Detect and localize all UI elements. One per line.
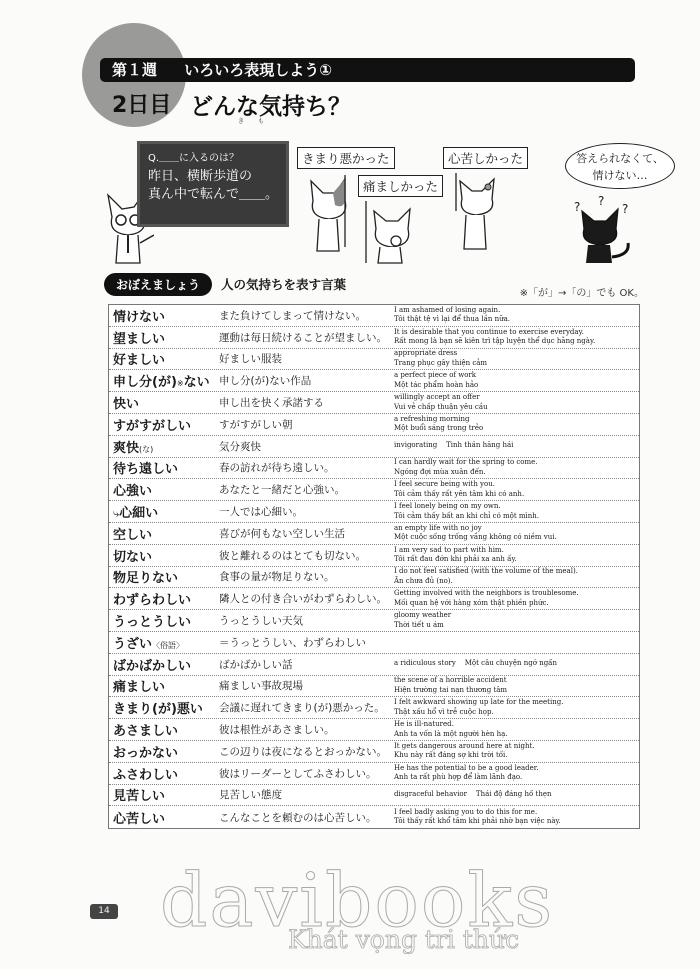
table-row: きまり(が)悪い 会議に遅れてきまり(が)悪かった。 I felt awkwar… <box>109 697 639 719</box>
svg-text:?: ? <box>622 202 628 216</box>
vocab-word: ⤷心細い <box>109 502 219 521</box>
vocab-translation: I do not feel satisfied (with the volume… <box>394 567 639 586</box>
translation-vi: Hiện trường tai nạn thương tâm <box>394 686 639 696</box>
vocab-word: ふさわしい <box>109 764 219 783</box>
table-row: 切ない 彼と離れるのはとても切ない。 I am very sad to part… <box>109 545 639 567</box>
vocab-example: 気分爽快 <box>219 439 394 454</box>
vocab-word: 見苦しい <box>109 785 219 804</box>
translation-en: disgraceful behavior <box>394 790 467 800</box>
svg-text:?: ? <box>598 195 604 208</box>
vocab-word: 申し分(が)※ない <box>109 371 219 390</box>
translation-vi: Một cuộc sống trống vắng không có niềm v… <box>394 533 639 543</box>
vocab-translation: a ridiculous story Một câu chuyện ngớ ng… <box>394 659 639 669</box>
translation-en: I am ashamed of losing again. <box>394 306 639 316</box>
section-note: ※「が」→「の」でも OK。 <box>520 284 644 299</box>
vocab-translation: He is ill-natured.Anh ta vốn là một ngườ… <box>394 720 639 739</box>
vocab-example: 申し分(が)ない作品 <box>219 373 394 388</box>
translation-en: the scene of a horrible accident <box>394 676 639 686</box>
vocab-word-note: 〈俗語〉 <box>152 641 184 650</box>
translation-vi: Thời tiết u ám <box>394 621 639 631</box>
translation-vi: Mối quan hệ với hàng xóm thật phiền phức… <box>394 599 639 609</box>
translation-vi: Tinh thần hăng hái <box>446 441 513 451</box>
table-row: ばかばかしい ばかばかしい話 a ridiculous story Một câ… <box>109 654 639 676</box>
vocab-translation: willingly accept an offerVui vẻ chấp thu… <box>394 393 639 412</box>
vocab-translation: I feel lonely being on my own.Tôi cảm th… <box>394 502 639 521</box>
vocab-example: ばかばかしい話 <box>219 657 394 672</box>
vocab-translation: Getting involved with the neighbors is t… <box>394 589 639 608</box>
vocab-word-tail: ない <box>184 375 210 390</box>
table-row: 心苦しい こんなことを頼むのは心苦しい。 I feel badly asking… <box>109 806 639 828</box>
bow-cat-icon <box>452 173 500 253</box>
week-header-bar: 第１週 いろいろ表現しよう① <box>100 58 635 82</box>
vocab-translation: a perfect piece of workMột tác phẩm hoàn… <box>394 371 639 390</box>
vocab-example: こんなことを頼むのは心苦しい。 <box>219 810 394 825</box>
translation-vi: Ngóng đợi mùa xuân đến. <box>394 468 639 478</box>
section-header: おぼえましょう 人の気持ちを表す言葉 ※「が」→「の」でも OK。 <box>104 272 644 296</box>
vocab-translation: a refreshing morningMột buổi sáng trong … <box>394 415 639 434</box>
translation-en: I am very sad to part with him. <box>394 546 639 556</box>
translation-vi: Vui vẻ chấp thuận yêu cầu <box>394 403 639 413</box>
board-line-2: 真ん中で転んで＿＿。 <box>148 186 278 204</box>
translation-en: It gets dangerous around here at night. <box>394 742 639 752</box>
vocab-example: 見苦しい態度 <box>219 787 394 802</box>
translation-en: appropriate dress <box>394 349 639 359</box>
vocab-translation: He has the potential to be a good leader… <box>394 764 639 783</box>
vocab-example: この辺りは夜になるとおっかない。 <box>219 744 394 759</box>
vocab-translation: disgraceful behavior Thái độ đáng hổ thẹ… <box>394 790 639 800</box>
speech-bubble: 答えられなくて、 情けない… <box>565 143 675 189</box>
translation-vi: Một tác phẩm hoàn hảo <box>394 381 639 391</box>
translation-en: He has the potential to be a good leader… <box>394 764 639 774</box>
black-cat-icon: ? ? ? <box>570 195 640 265</box>
translation-en: a perfect piece of work <box>394 371 639 381</box>
table-row: すがすがしい すがすがしい朝 a refreshing morningMột b… <box>109 414 639 436</box>
vocab-word-note: ※ <box>177 379 184 388</box>
translation-en: It is desirable that you continue to exe… <box>394 328 639 338</box>
vocab-example: 彼と離れるのはとても切ない。 <box>219 548 394 563</box>
vocab-word: うっとうしい <box>109 611 219 630</box>
translation-en: an empty life with no joy <box>394 524 639 534</box>
page-number: 14 <box>90 904 118 919</box>
illustration: Q.＿＿に入るのは？ 昨日、横断歩道の 真ん中で転んで＿＿。 きまり悪かった 痛… <box>100 135 650 265</box>
sign-kokorogurushikatta: 心苦しかった <box>443 147 528 169</box>
translation-vi: Khu này rất đáng sợ khi trời tối. <box>394 751 639 761</box>
vocab-example: 彼は根性があさましい。 <box>219 722 394 737</box>
translation-en: I do not feel satisfied (with the volume… <box>394 567 639 577</box>
translation-vi: Tôi cảm thấy bất an khi chỉ có một mình. <box>394 512 639 522</box>
translation-vi: Một câu chuyện ngớ ngẩn <box>465 659 557 669</box>
translation-en: I feel secure being with you. <box>394 480 639 490</box>
vocab-translation: gloomy weatherThời tiết u ám <box>394 611 639 630</box>
translation-en: I can hardly wait for the spring to come… <box>394 458 639 468</box>
vocab-word: おっかない <box>109 742 219 761</box>
vocab-word: ばかばかしい <box>109 655 219 674</box>
table-row: 爽快(な) 気分爽快 invigorating Tinh thần hăng h… <box>109 436 639 458</box>
vocab-word: 物足りない <box>109 567 219 586</box>
translation-vi: Tôi rất đau đớn khi phải xa anh ấy. <box>394 555 639 565</box>
translation-vi: Tôi cảm thấy rất yên tâm khi có anh. <box>394 490 639 500</box>
page-title: どんな気持ち？ き も <box>190 88 351 121</box>
board-line-1: 昨日、横断歩道の <box>148 168 278 186</box>
day-heading: 2日目 どんな気持ち？ き も <box>112 88 351 122</box>
translation-vi: Thật xấu hổ vì trễ cuộc họp. <box>394 708 639 718</box>
translation-vi: Ăn chưa đủ (no). <box>394 577 639 587</box>
table-row: うっとうしい うっとうしい天気 gloomy weatherThời tiết … <box>109 610 639 632</box>
vocab-example: 会議に遅れてきまり(が)悪かった。 <box>219 700 394 715</box>
vocab-word-note: (な) <box>139 445 153 454</box>
vocab-translation: I can hardly wait for the spring to come… <box>394 458 639 477</box>
vocab-word: あさましい <box>109 720 219 739</box>
translation-en: I felt awkward showing up late for the m… <box>394 698 639 708</box>
svg-text:?: ? <box>574 200 580 214</box>
vocab-word: 心強い <box>109 480 219 499</box>
table-row: 快い 申し出を快く承諾する willingly accept an offerV… <box>109 392 639 414</box>
vocab-word: すがすがしい <box>109 415 219 434</box>
translation-en: gloomy weather <box>394 611 639 621</box>
vocab-word: 好ましい <box>109 349 219 368</box>
week-title: いろいろ表現しよう① <box>184 61 332 79</box>
translation-vi: Anh ta vốn là một người hèn hạ. <box>394 730 639 740</box>
vocab-example: あなたと一緒だと心強い。 <box>219 482 394 497</box>
question-blackboard: Q.＿＿に入るのは？ 昨日、横断歩道の 真ん中で転んで＿＿。 <box>137 141 289 227</box>
table-row: 望ましい 運動は毎日続けることが望ましい。 It is desirable th… <box>109 327 639 349</box>
translation-vi: Một buổi sáng trong trẻo <box>394 424 639 434</box>
translation-en: a ridiculous story <box>394 659 456 669</box>
bubble-line-2: 情けない… <box>566 167 674 184</box>
vocab-example: 一人では心細い。 <box>219 504 394 519</box>
section-title: 人の気持ちを表す言葉 <box>221 275 346 293</box>
vocab-word: 望ましい <box>109 328 219 347</box>
translation-vi: Rất mong là bạn sẽ kiên trì tập luyện th… <box>394 337 639 347</box>
table-row: 心強い あなたと一緒だと心強い。 I feel secure being wit… <box>109 479 639 501</box>
table-row: 申し分(が)※ない 申し分(が)ない作品 a perfect piece of … <box>109 370 639 392</box>
vocab-word: わずらわしい <box>109 589 219 608</box>
vocab-word: 空しい <box>109 524 219 543</box>
vocab-translation: the scene of a horrible accidentHiện trư… <box>394 676 639 695</box>
vocab-example: 好ましい服装 <box>219 351 394 366</box>
table-row: 痛ましい 痛ましい事故現場 the scene of a horrible ac… <box>109 676 639 698</box>
vocab-translation: appropriate dressTrang phục gây thiện cả… <box>394 349 639 368</box>
page-title-text: どんな気持ち？ <box>190 94 351 120</box>
table-row: 空しい 喜びが何もない空しい生活 an empty life with no j… <box>109 523 639 545</box>
vocab-translation: I am ashamed of losing again.Tôi thật tệ… <box>394 306 639 325</box>
vocab-word: 切ない <box>109 546 219 565</box>
translation-vi: Tôi thật tệ vì lại để thua lần nữa. <box>394 315 639 325</box>
vocab-word-text: 心細い <box>119 506 158 521</box>
translation-vi: Tôi thấy rất khổ tâm khi phải nhờ bạn vi… <box>394 817 639 827</box>
vocab-translation: invigorating Tinh thần hăng hái <box>394 441 639 451</box>
vocab-example: 申し出を快く承諾する <box>219 395 394 410</box>
bubble-line-1: 答えられなくて、 <box>566 150 674 167</box>
table-row: 見苦しい 見苦しい態度 disgraceful behavior Thái độ… <box>109 785 639 807</box>
vocab-word: 待ち遠しい <box>109 458 219 477</box>
calico-cat-icon <box>305 175 355 255</box>
vocab-word-text: うざい <box>113 637 152 652</box>
table-row: 情けない また負けてしまって情けない。 I am ashamed of losi… <box>109 305 639 327</box>
table-row: あさましい 彼は根性があさましい。 He is ill-natured.Anh … <box>109 719 639 741</box>
translation-en: Getting involved with the neighbors is t… <box>394 589 639 599</box>
vocab-translation: It gets dangerous around here at night.K… <box>394 742 639 761</box>
vocab-word-text: 爽快 <box>113 441 139 456</box>
vocab-word: うざい〈俗語〉 <box>109 633 219 652</box>
vocab-translation: I felt awkward showing up late for the m… <box>394 698 639 717</box>
table-row: わずらわしい 隣人との付き合いがわずらわしい。 Getting involved… <box>109 588 639 610</box>
translation-en: a refreshing morning <box>394 415 639 425</box>
vocab-word: 快い <box>109 393 219 412</box>
table-row: ふさわしい 彼はリーダーとしてふさわしい。 He has the potenti… <box>109 763 639 785</box>
table-row: 物足りない 食事の量が物足りない。 I do not feel satisfie… <box>109 567 639 589</box>
translation-en: He is ill-natured. <box>394 720 639 730</box>
board-question: Q.＿＿に入るのは？ <box>148 149 278 164</box>
vocab-translation: I feel secure being with you.Tôi cảm thấ… <box>394 480 639 499</box>
vocab-example: すがすがしい朝 <box>219 417 394 432</box>
translation-en: willingly accept an offer <box>394 393 639 403</box>
vocab-word-text: 申し分(が) <box>113 375 177 390</box>
table-row: おっかない この辺りは夜になるとおっかない。 It gets dangerous… <box>109 741 639 763</box>
week-label: 第１週 <box>112 61 157 79</box>
vocab-translation: I feel badly asking you to do this for m… <box>394 808 639 827</box>
vocab-translation: an empty life with no joyMột cuộc sống t… <box>394 524 639 543</box>
vocab-example: 喜びが何もない空しい生活 <box>219 526 394 541</box>
translation-en: I feel lonely being on my own. <box>394 502 639 512</box>
vocab-word: 心苦しい <box>109 808 219 827</box>
section-pill-label: おぼえましょう <box>104 273 212 296</box>
table-row: うざい〈俗語〉 ＝うっとうしい、わずらわしい <box>109 632 639 654</box>
watermark-tagline: Khát vọng tri thức <box>288 925 519 954</box>
vocab-example: ＝うっとうしい、わずらわしい <box>219 635 479 650</box>
sign-kimari-warukatta: きまり悪かった <box>297 147 395 169</box>
vocab-example: 彼はリーダーとしてふさわしい。 <box>219 766 394 781</box>
lollipop-cat-icon <box>362 201 422 265</box>
table-row: 待ち遠しい 春の訪れが待ち遠しい。 I can hardly wait for … <box>109 458 639 480</box>
vocab-example: 春の訪れが待ち遠しい。 <box>219 460 394 475</box>
vocabulary-table: 情けない また負けてしまって情けない。 I am ashamed of losi… <box>108 304 640 829</box>
translation-vi: Trang phục gây thiện cảm <box>394 359 639 369</box>
vocab-translation: I am very sad to part with him.Tôi rất đ… <box>394 546 639 565</box>
translation-vi: Thái độ đáng hổ thẹn <box>476 790 552 800</box>
vocab-word: 痛ましい <box>109 676 219 695</box>
vocab-word: 情けない <box>109 306 219 325</box>
vocab-example: うっとうしい天気 <box>219 613 394 628</box>
vocab-example: また負けてしまって情けない。 <box>219 308 394 323</box>
sign-itamashikatta: 痛ましかった <box>358 175 443 197</box>
day-label: 2日目 <box>112 88 190 119</box>
translation-en: I feel badly asking you to do this for m… <box>394 808 639 818</box>
vocab-example: 隣人との付き合いがわずらわしい。 <box>219 591 394 606</box>
vocab-example: 食事の量が物足りない。 <box>219 569 394 584</box>
vocab-example: 運動は毎日続けることが望ましい。 <box>219 330 394 345</box>
translation-vi: Anh ta rất phù hợp để làm lãnh đạo. <box>394 773 639 783</box>
vocab-word: きまり(が)悪い <box>109 698 219 717</box>
page-title-ruby: き も <box>238 116 270 125</box>
vocab-word: 爽快(な) <box>109 437 219 456</box>
table-row: ⤷心細い 一人では心細い。 I feel lonely being on my … <box>109 501 639 523</box>
table-row: 好ましい 好ましい服装 appropriate dressTrang phục … <box>109 349 639 371</box>
translation-en: invigorating <box>394 441 437 451</box>
vocab-translation: It is desirable that you continue to exe… <box>394 328 639 347</box>
vocab-example: 痛ましい事故現場 <box>219 678 394 693</box>
